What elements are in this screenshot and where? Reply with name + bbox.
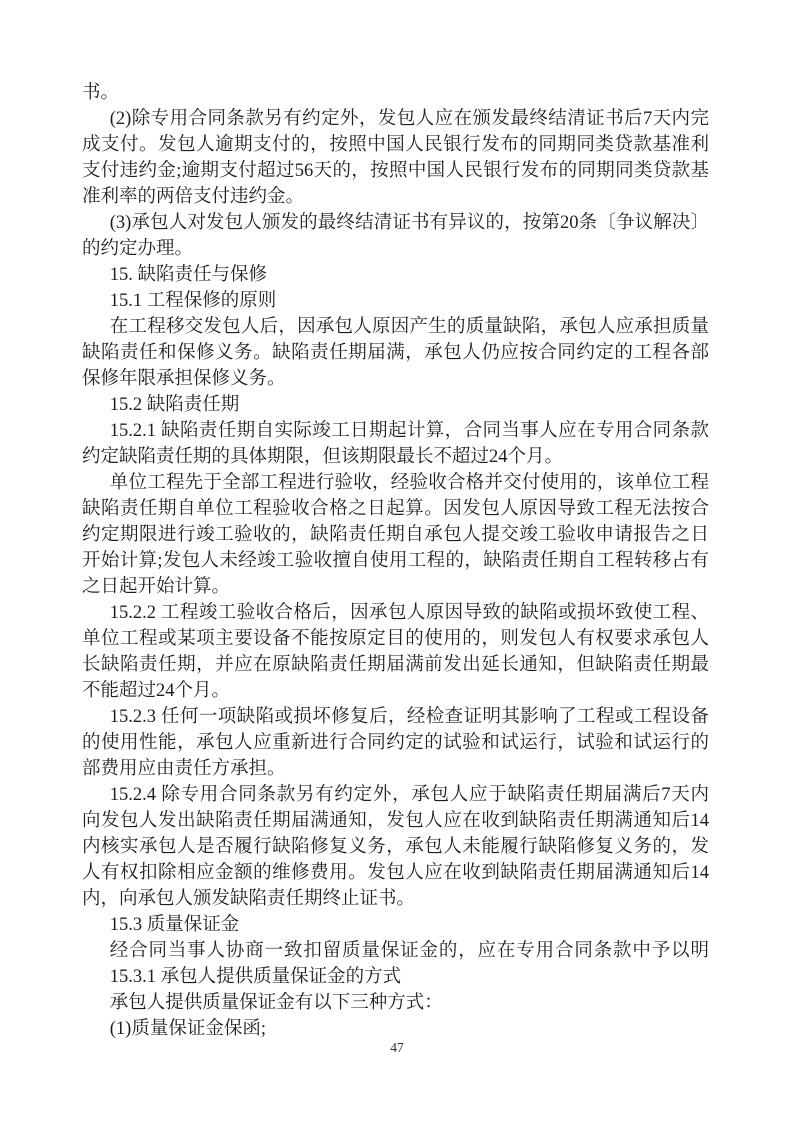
- text-line: 的约定办理。: [82, 236, 709, 262]
- text-line: 之日起开始计算。: [82, 574, 709, 600]
- text-line: 15.2.3 任何一项缺陷或损坏修复后，经检查证明其影响了工程或工程设备: [82, 704, 709, 730]
- text-line: 内核实承包人是否履行缺陷修复义务，承包人未能履行缺陷修复义务的，发包: [82, 834, 709, 860]
- text-line: 15.2.1 缺陷责任期自实际竣工日期起计算，合同当事人应在专用合同条款: [82, 418, 709, 444]
- text-line: 准利率的两倍支付违约金。: [82, 184, 709, 210]
- text-line: 向发包人发出缺陷责任期届满通知，发包人应在收到缺陷责任期满通知后14天: [82, 808, 709, 834]
- text-line: 经合同当事人协商一致扣留质量保证金的，应在专用合同条款中予以明确。: [82, 938, 709, 964]
- heading-line: 15.2 缺陷责任期: [82, 392, 709, 418]
- text-line: 内，向承包人颁发缺陷责任期终止证书。: [82, 886, 709, 912]
- text-line: 在工程移交发包人后，因承包人原因产生的质量缺陷，承包人应承担质量: [82, 314, 709, 340]
- page-number: 47: [0, 1040, 794, 1056]
- text-line: (1)质量保证金保函;: [82, 1016, 709, 1042]
- text-line: 缺陷责任期自单位工程验收合格之日起算。因发包人原因导致工程无法按合同: [82, 496, 709, 522]
- text-line: 缺陷责任和保修义务。缺陷责任期届满，承包人仍应按合同约定的工程各部位: [82, 340, 709, 366]
- text-line: 约定缺陷责任期的具体期限，但该期限最长不超过24个月。: [82, 444, 709, 470]
- text-line: 人有权扣除相应金额的维修费用。发包人应在收到缺陷责任期届满通知后14天: [82, 860, 709, 886]
- text-line: (2)除专用合同条款另有约定外，发包人应在颁发最终结清证书后7天内完: [82, 106, 709, 132]
- document-page: 书。(2)除专用合同条款另有约定外，发包人应在颁发最终结清证书后7天内完成支付。…: [0, 0, 794, 1122]
- text-line: 15.2.4 除专用合同条款另有约定外，承包人应于缺陷责任期届满后7天内: [82, 782, 709, 808]
- text-line: 约定期限进行竣工验收的，缺陷责任期自承包人提交竣工验收申请报告之日起: [82, 522, 709, 548]
- text-line: 书。: [82, 80, 709, 106]
- text-line: 承包人提供质量保证金有以下三种方式：: [82, 990, 709, 1016]
- text-line: (3)承包人对发包人颁发的最终结清证书有异议的，按第20条〔争议解决〕: [82, 210, 709, 236]
- heading-line: 15.1 工程保修的原则: [82, 288, 709, 314]
- text-line: 不能超过24个月。: [82, 678, 709, 704]
- text-line: 开始计算;发包人未经竣工验收擅自使用工程的，缺陷责任期自工程转移占有: [82, 548, 709, 574]
- text-line: 15.2.2 工程竣工验收合格后，因承包人原因导致的缺陷或损坏致使工程、: [82, 600, 709, 626]
- heading-line: 15.3.1 承包人提供质量保证金的方式: [82, 964, 709, 990]
- text-line: 单位工程先于全部工程进行验收，经验收合格并交付使用的，该单位工程: [82, 470, 709, 496]
- heading-line: 15. 缺陷责任与保修: [82, 262, 709, 288]
- text-line: 的使用性能，承包人应重新进行合同约定的试验和试运行，试验和试运行的全: [82, 730, 709, 756]
- text-line: 支付违约金;逾期支付超过56天的，按照中国人民银行发布的同期同类贷款基: [82, 158, 709, 184]
- heading-line: 15.3 质量保证金: [82, 912, 709, 938]
- text-line: 成支付。发包人逾期支付的，按照中国人民银行发布的同期同类贷款基准利率: [82, 132, 709, 158]
- text-line: 部费用应由责任方承担。: [82, 756, 709, 782]
- text-line: 单位工程或某项主要设备不能按原定目的使用的，则发包人有权要求承包人延: [82, 626, 709, 652]
- document-body: 书。(2)除专用合同条款另有约定外，发包人应在颁发最终结清证书后7天内完成支付。…: [82, 80, 709, 1042]
- text-line: 长缺陷责任期，并应在原缺陷责任期届满前发出延长通知，但缺陷责任期最长: [82, 652, 709, 678]
- text-line: 保修年限承担保修义务。: [82, 366, 709, 392]
